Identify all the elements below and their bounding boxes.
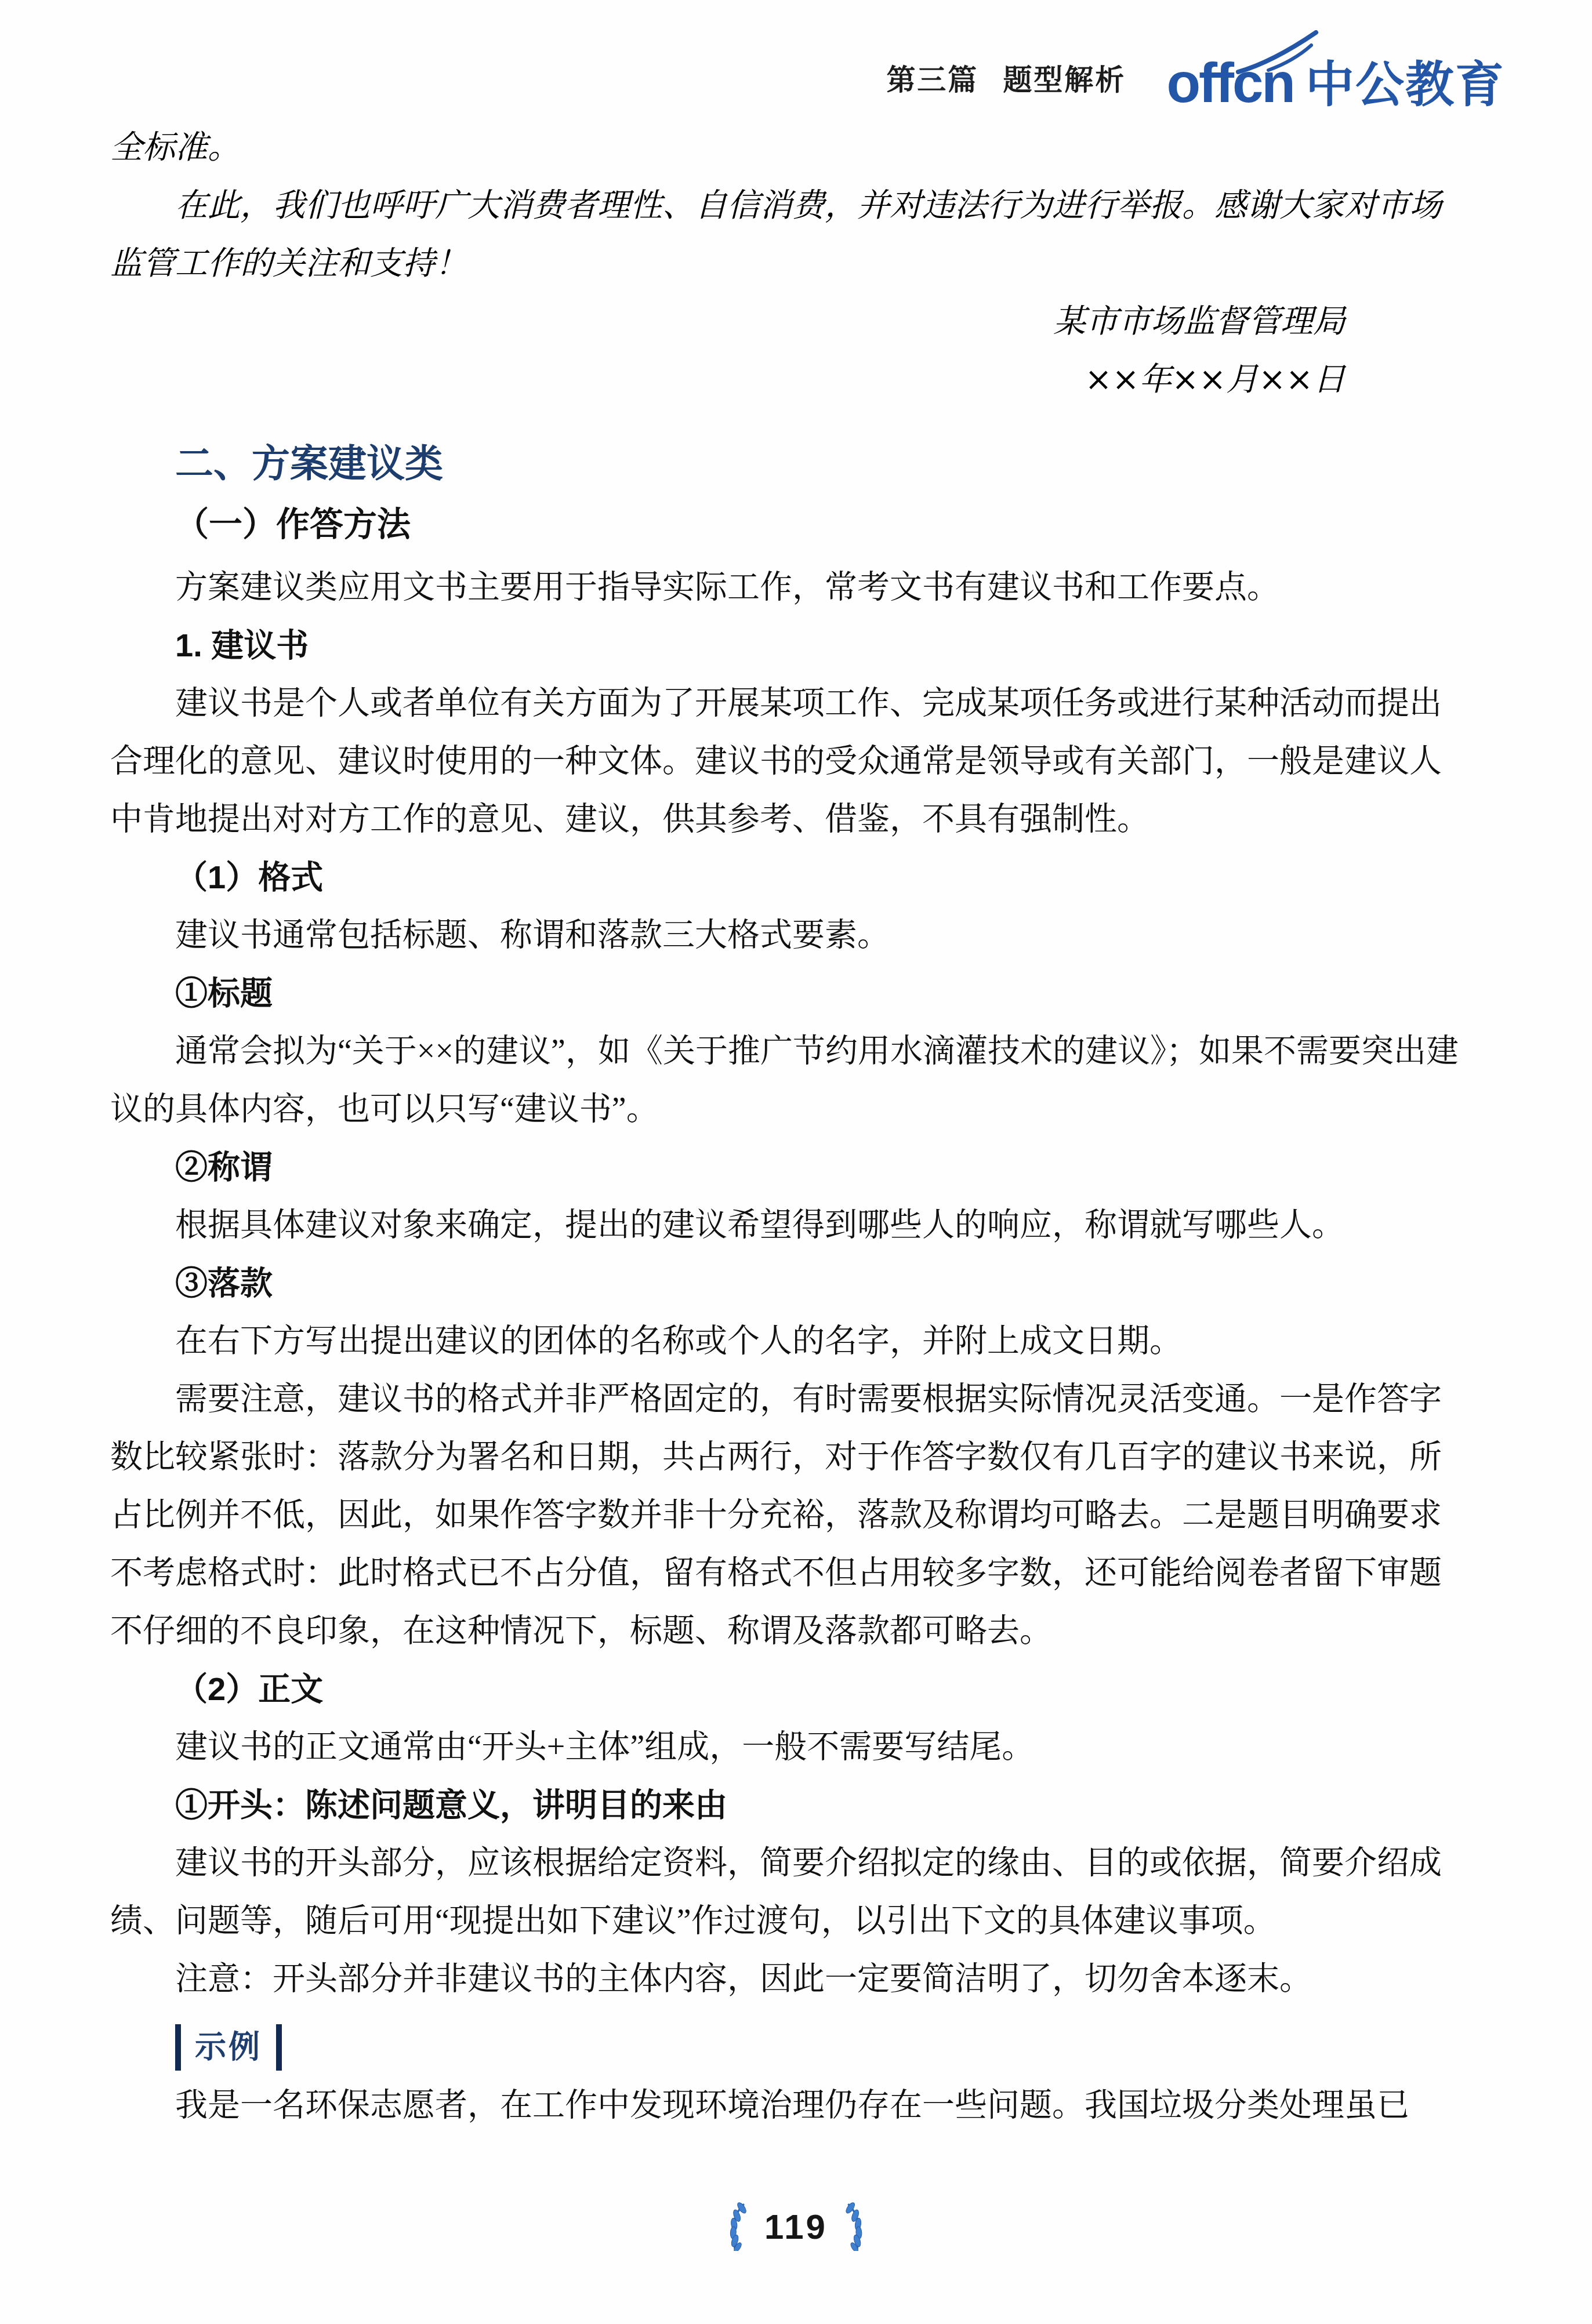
signoff-item-heading: ③落款 [175, 1254, 1462, 1312]
bodytext-heading: （2）正文 [175, 1660, 1462, 1718]
format-heading: （1）格式 [175, 848, 1462, 906]
book-page: 第三篇 题型解析 offcn 中公教育 全标准。 在此，我们也呼吁广大消费者理性… [0, 0, 1592, 2324]
logo-swoosh-icon [1235, 30, 1322, 75]
title-item-heading: ①标题 [175, 964, 1462, 1022]
paragraph: 建议书的正文通常由“开头+主体”组成，一般不需要写结尾。 [110, 1718, 1462, 1776]
format-note-paragraph: 需要注意，建议书的格式并非严格固定的，有时需要根据实际情况灵活变通。一是作答字数… [110, 1370, 1462, 1660]
continuation-line: 全标准。 [110, 119, 1462, 177]
laurel-left-icon [726, 2202, 748, 2251]
opening-item-heading: ①开头：陈述问题意义，讲明目的来由 [175, 1776, 1462, 1834]
proposal-heading: 1. 建议书 [175, 616, 1462, 674]
section-title: 二、方案建议类 [175, 433, 1462, 493]
method-heading: （一）作答方法 [175, 496, 1462, 554]
paragraph: 在右下方写出提出建议的团体的名称或个人的名字，并附上成文日期。 [110, 1312, 1462, 1370]
laurel-right-icon [844, 2202, 866, 2251]
signature-line: 某市市场监督管理局 [110, 293, 1462, 351]
caution-paragraph: 注意：开头部分并非建议书的主体内容，因此一定要简洁明了，切勿舍本逐末。 [110, 1950, 1462, 2008]
example-tag: 示例 [175, 2024, 282, 2071]
chapter-label: 第三篇 [886, 57, 978, 99]
running-head: 第三篇 题型解析 [886, 57, 1126, 111]
date-line: ××年××月××日 [110, 351, 1462, 409]
example-label: 示例 [195, 2018, 262, 2076]
page-footer: 119 [0, 2202, 1592, 2251]
example-row: 示例 [175, 2018, 1462, 2076]
paragraph: 方案建议类应用文书主要用于指导实际工作，常考文书有建议书和工作要点。 [110, 558, 1462, 616]
paragraph: 根据具体建议对象来确定，提出的建议希望得到哪些人的响应，称谓就写哪些人。 [110, 1196, 1462, 1254]
section-label: 题型解析 [1003, 57, 1126, 99]
paragraph: 建议书的开头部分，应该根据给定资料，简要介绍拟定的缘由、目的或依据，简要介绍成绩… [110, 1834, 1462, 1950]
page-content: 全标准。 在此，我们也呼吁广大消费者理性、自信消费，并对违法行为进行举报。感谢大… [110, 119, 1462, 2134]
offcn-logo: offcn 中公教育 [1166, 34, 1505, 111]
page-header: 第三篇 题型解析 offcn 中公教育 [886, 34, 1505, 111]
page-number: 119 [764, 2207, 828, 2247]
paragraph: 建议书是个人或者单位有关方面为了开展某项工作、完成某项任务或进行某种活动而提出合… [110, 674, 1462, 848]
paragraph: 建议书通常包括标题、称谓和落款三大格式要素。 [110, 906, 1462, 964]
paragraph: 通常会拟为“关于××的建议”，如《关于推广节约用水滴灌技术的建议》；如果不需要突… [110, 1022, 1462, 1138]
example-opening-paragraph: 我是一名环保志愿者，在工作中发现环境治理仍存在一些问题。我国垃圾分类处理虽已 [110, 2076, 1462, 2134]
logo-cn-wordmark: 中公教育 [1305, 58, 1505, 111]
appeal-paragraph: 在此，我们也呼吁广大消费者理性、自信消费，并对违法行为进行举报。感谢大家对市场监… [110, 177, 1462, 293]
salutation-item-heading: ②称谓 [175, 1138, 1462, 1196]
